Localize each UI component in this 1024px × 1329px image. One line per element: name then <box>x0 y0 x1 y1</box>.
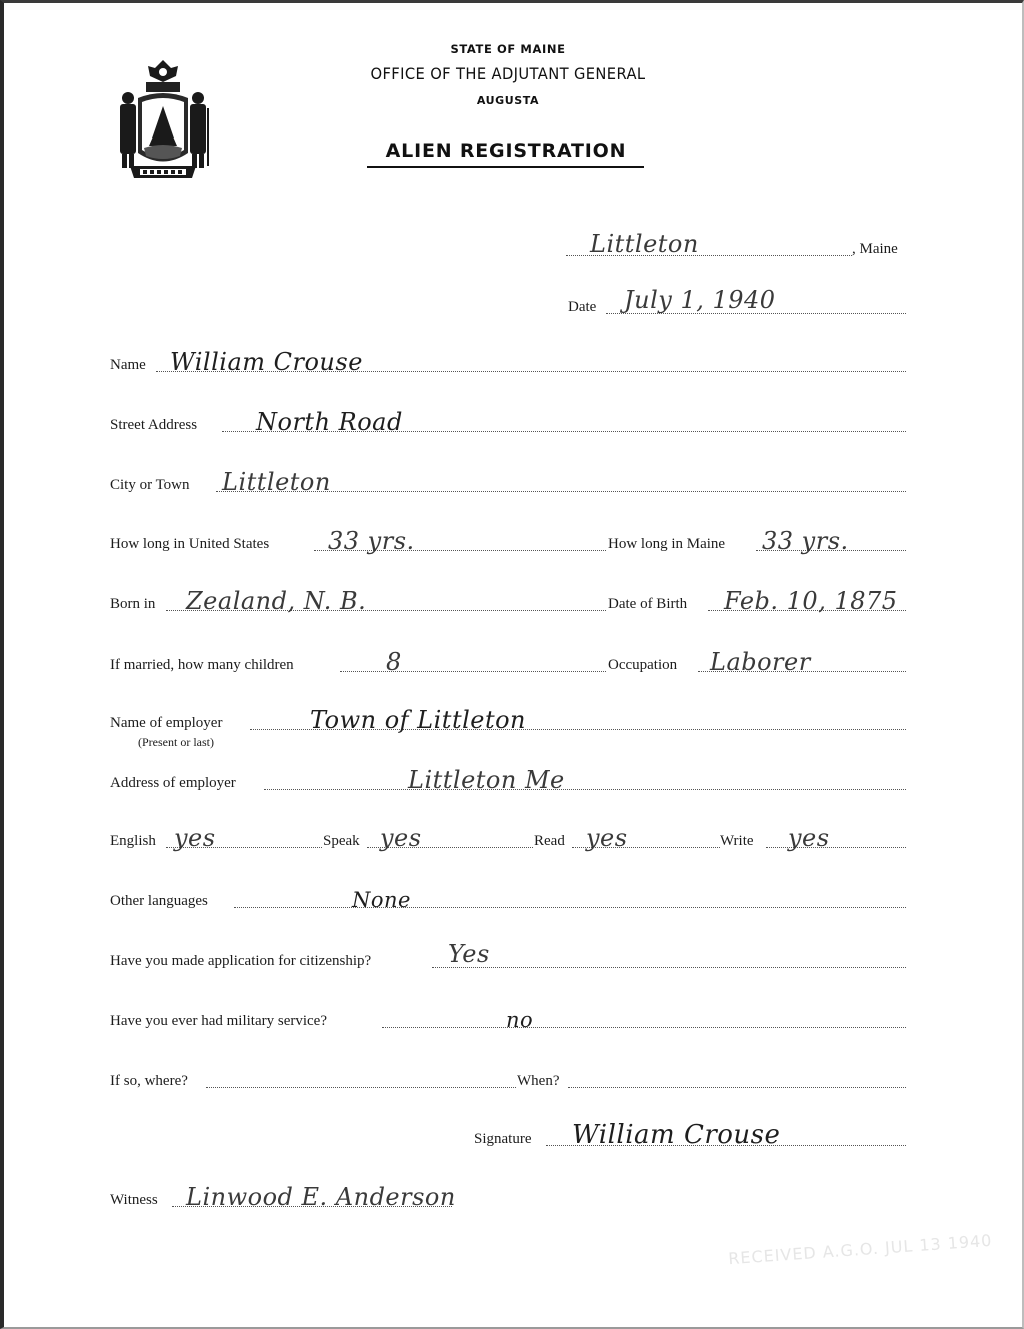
other-languages-label: Other languages <box>110 893 208 910</box>
employer-address-value: Littleton Me <box>408 766 565 794</box>
citizenship-value: Yes <box>448 940 490 968</box>
english-field[interactable]: English yes Speak yes Read yes Write yes <box>110 824 910 854</box>
witness-label: Witness <box>110 1192 158 1209</box>
how-long-maine-value: 33 yrs. <box>762 527 849 555</box>
name-label: Name <box>110 357 146 374</box>
citizenship-label: Have you made application for citizenshi… <box>110 953 371 970</box>
page-title: ALIEN REGISTRATION <box>366 140 646 162</box>
military-service-field[interactable]: Have you ever had military service? no <box>110 1004 910 1034</box>
military-service-label: Have you ever had military service? <box>110 1013 327 1030</box>
write-label: Write <box>720 833 754 850</box>
city-field[interactable]: City or Town Littleton <box>110 468 910 498</box>
when-label: When? <box>517 1073 559 1090</box>
employer-address-field[interactable]: Address of employer Littleton Me <box>110 766 910 796</box>
born-in-value: Zealand, N. B. <box>186 587 366 615</box>
english-value: yes <box>174 824 216 852</box>
date-value: July 1, 1940 <box>624 286 776 314</box>
maine-state-seal-icon <box>108 58 218 183</box>
occupation-value: Laborer <box>710 648 811 676</box>
header-city: AUGUSTA <box>218 94 798 107</box>
if-so-where-dots <box>206 1087 516 1088</box>
military-service-dots <box>382 1027 906 1028</box>
speak-value: yes <box>380 824 422 852</box>
born-in-label: Born in <box>110 596 155 613</box>
children-value: 8 <box>386 648 402 676</box>
children-field[interactable]: If married, how many children 8 Occupati… <box>110 648 910 678</box>
read-value: yes <box>586 824 628 852</box>
how-long-maine-label: How long in Maine <box>608 536 725 553</box>
name-field[interactable]: Name William Crouse <box>110 348 910 378</box>
signature-value: William Crouse <box>572 1120 780 1150</box>
other-languages-value: None <box>352 888 411 912</box>
town-state-label: , Maine <box>852 241 898 258</box>
write-dots <box>766 847 906 848</box>
name-value: William Crouse <box>170 348 363 376</box>
street-address-value: North Road <box>256 408 403 436</box>
citizenship-dots <box>432 967 906 968</box>
city-label: City or Town <box>110 477 190 494</box>
signature-field[interactable]: Signature William Crouse <box>474 1122 910 1152</box>
date-of-birth-value: Feb. 10, 1875 <box>724 587 898 615</box>
other-languages-field[interactable]: Other languages None <box>110 884 910 914</box>
occupation-label: Occupation <box>608 657 677 674</box>
witness-field[interactable]: Witness Linwood E. Anderson <box>110 1183 530 1213</box>
header-state: STATE OF MAINE <box>218 42 798 56</box>
employer-address-label: Address of employer <box>110 775 236 792</box>
header-office: OFFICE OF THE ADJUTANT GENERAL <box>241 64 775 83</box>
english-label: English <box>110 833 156 850</box>
town-value: Littleton <box>590 230 699 258</box>
how-long-us-value: 33 yrs. <box>328 527 415 555</box>
how-long-us-label: How long in United States <box>110 536 269 553</box>
speak-label: Speak <box>323 833 360 850</box>
write-value: yes <box>788 824 830 852</box>
witness-value: Linwood E. Anderson <box>186 1183 456 1211</box>
signature-label: Signature <box>474 1131 532 1148</box>
born-in-field[interactable]: Born in Zealand, N. B. Date of Birth Feb… <box>110 587 910 617</box>
employer-address-dots <box>264 789 906 790</box>
employer-name-value: Town of Littleton <box>310 706 526 734</box>
street-address-field[interactable]: Street Address North Road <box>110 408 910 438</box>
when-dots <box>568 1087 906 1088</box>
received-stamp: RECEIVED A.G.O. JUL 13 1940 <box>728 1231 993 1268</box>
read-label: Read <box>534 833 565 850</box>
military-service-value: no <box>506 1008 533 1032</box>
employer-name-field[interactable]: Name of employer Town of Littleton <box>110 706 910 736</box>
if-so-where-label: If so, where? <box>110 1073 188 1090</box>
employer-name-sublabel: (Present or last) <box>138 735 214 750</box>
how-long-us-field[interactable]: How long in United States 33 yrs. How lo… <box>110 527 910 557</box>
other-languages-dots <box>234 907 906 908</box>
children-dots <box>340 671 606 672</box>
children-label: If married, how many children <box>110 657 294 674</box>
street-address-label: Street Address <box>110 417 197 434</box>
if-so-where-field[interactable]: If so, where? When? <box>110 1064 910 1094</box>
town-field[interactable]: Littleton , Maine <box>566 232 916 262</box>
employer-name-label: Name of employer <box>110 715 222 732</box>
citizenship-field[interactable]: Have you made application for citizenshi… <box>110 944 910 974</box>
date-of-birth-label: Date of Birth <box>608 596 687 613</box>
date-field[interactable]: Date July 1, 1940 <box>566 290 908 320</box>
city-value: Littleton <box>222 468 331 496</box>
title-underline <box>367 166 644 168</box>
date-label: Date <box>568 299 596 316</box>
